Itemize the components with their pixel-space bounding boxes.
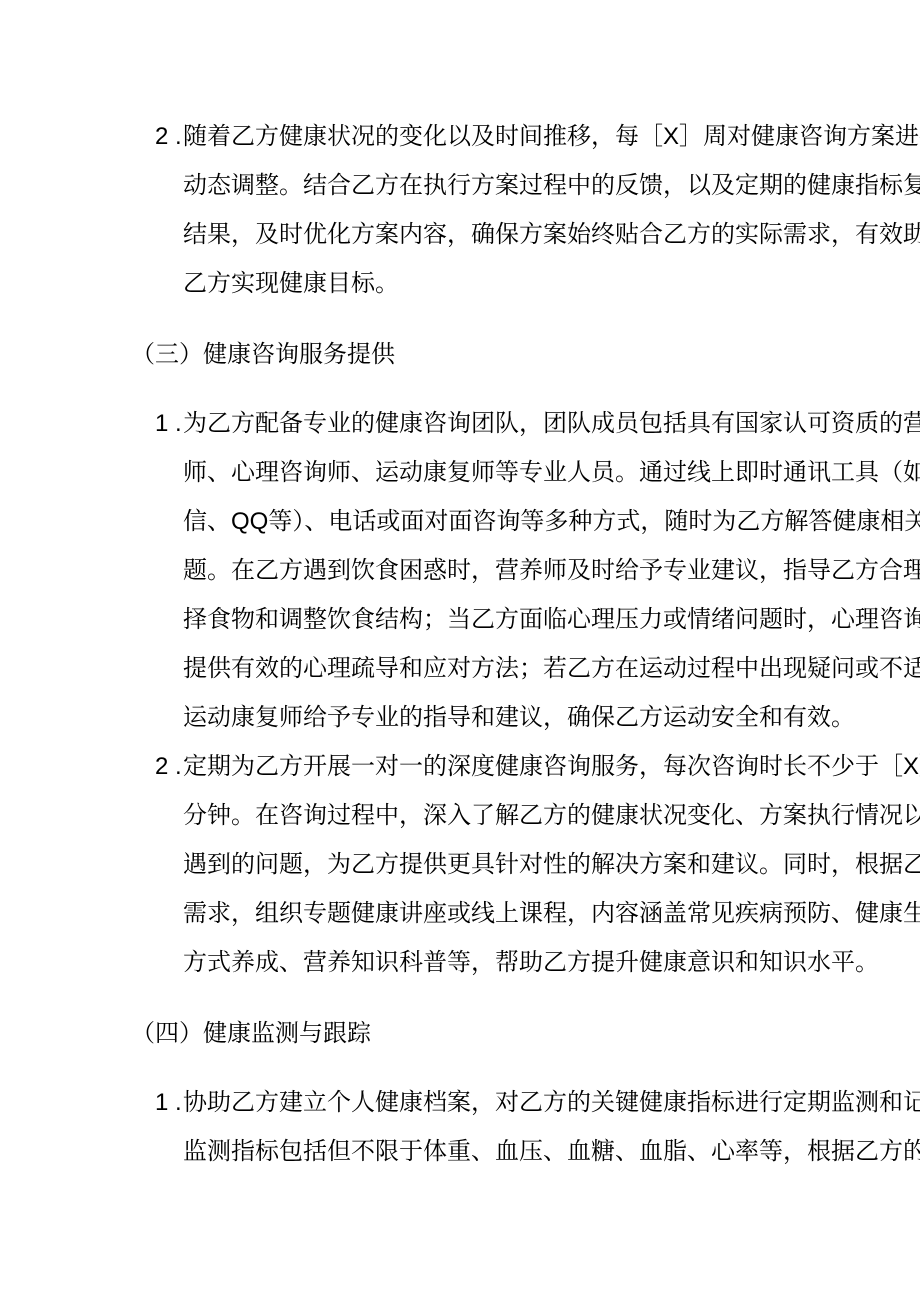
text-line: 协助乙方建立个人健康档案，对乙方的关键健康指标进行定期监测和记录。 bbox=[183, 1078, 840, 1127]
text-line: 题。在乙方遇到饮食困惑时，营养师及时给予专业建议，指导乙方合理选 bbox=[183, 546, 840, 595]
list-item: 2 .随着乙方健康状况的变化以及时间推移，每［X］周对健康咨询方案进行动态调整。… bbox=[0, 112, 920, 308]
text-line: 运动康复师给予专业的指导和建议，确保乙方运动安全和有效。 bbox=[183, 693, 840, 742]
list-item: 1 .为乙方配备专业的健康咨询团队，团队成员包括具有国家认可资质的营养师、心理咨… bbox=[0, 399, 920, 742]
text-line: 乙方实现健康目标。 bbox=[183, 259, 840, 308]
text-line: 分钟。在咨询过程中，深入了解乙方的健康状况变化、方案执行情况以及 bbox=[183, 791, 840, 840]
text-line: 择食物和调整饮食结构；当乙方面临心理压力或情绪问题时，心理咨询师 bbox=[183, 595, 840, 644]
section-heading: （三）健康咨询服务提供 bbox=[0, 330, 920, 379]
text-line: 方式养成、营养知识科普等，帮助乙方提升健康意识和知识水平。 bbox=[183, 938, 840, 987]
section-heading: （四）健康监测与跟踪 bbox=[0, 1009, 920, 1058]
text-line: 为乙方配备专业的健康咨询团队，团队成员包括具有国家认可资质的营养 bbox=[183, 399, 840, 448]
text-line: 提供有效的心理疏导和应对方法；若乙方在运动过程中出现疑问或不适， bbox=[183, 644, 840, 693]
list-item-marker: 2 . bbox=[155, 112, 182, 161]
list-item-marker: 1 . bbox=[155, 1078, 182, 1127]
text-line: 遇到的问题，为乙方提供更具针对性的解决方案和建议。同时，根据乙方 bbox=[183, 840, 840, 889]
text-line: 信、QQ等）、电话或面对面咨询等多种方式，随时为乙方解答健康相关问 bbox=[183, 497, 840, 546]
document-page: 2 .随着乙方健康状况的变化以及时间推移，每［X］周对健康咨询方案进行动态调整。… bbox=[0, 0, 920, 1301]
list-item: 1 .协助乙方建立个人健康档案，对乙方的关键健康指标进行定期监测和记录。监测指标… bbox=[0, 1078, 920, 1176]
list-item-marker: 2 . bbox=[155, 742, 182, 791]
text-line: 需求，组织专题健康讲座或线上课程，内容涵盖常见疾病预防、健康生活 bbox=[183, 889, 840, 938]
text-line: 定期为乙方开展一对一的深度健康咨询服务，每次咨询时长不少于［X］ bbox=[183, 742, 840, 791]
text-line: 动态调整。结合乙方在执行方案过程中的反馈，以及定期的健康指标复查 bbox=[183, 161, 840, 210]
text-line: 结果，及时优化方案内容，确保方案始终贴合乙方的实际需求，有效助力 bbox=[183, 210, 840, 259]
list-item: 2 .定期为乙方开展一对一的深度健康咨询服务，每次咨询时长不少于［X］分钟。在咨… bbox=[0, 742, 920, 987]
text-line: 随着乙方健康状况的变化以及时间推移，每［X］周对健康咨询方案进行 bbox=[183, 112, 840, 161]
text-line: 师、心理咨询师、运动康复师等专业人员。通过线上即时通讯工具（如微 bbox=[183, 448, 840, 497]
text-line: 监测指标包括但不限于体重、血压、血糖、血脂、心率等，根据乙方的健 bbox=[183, 1127, 840, 1176]
list-item-marker: 1 . bbox=[155, 399, 182, 448]
